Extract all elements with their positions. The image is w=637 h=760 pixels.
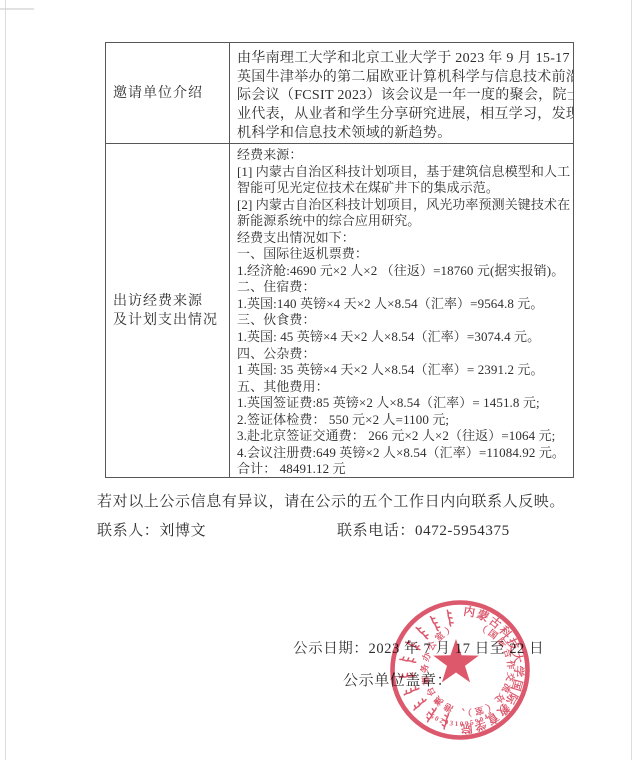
row-label-funding: 出访经费来源及计划支出情况 (106, 144, 230, 477)
scanned-notice-document: 邀请单位介绍 由华南理工大学和北京工业大学于 2023 年 9 月 15-17 … (0, 0, 637, 760)
seal-caption: 公示单位盖章： (343, 669, 452, 690)
table-row: 出访经费来源及计划支出情况 经费来源：[1] 内蒙古自治区科技计划项目，基于建筑… (106, 144, 573, 477)
text-line: 1 英国: 35 英镑×4 天×2 人×8.54（汇率）= 2391.2 元。 (237, 362, 571, 379)
contact-name: 刘博文 (159, 523, 206, 539)
text-line: 及计划支出情况 (113, 311, 229, 330)
scan-smudge (0, 8, 34, 10)
text-line: 英国牛津举办的第二届欧亚计算机科学与信息技术前沿国 (237, 69, 571, 88)
text-line: [2] 内蒙古自治区科技计划项目，风光功率预测关键技术在 (237, 197, 571, 214)
publish-date-line: 公示日期：2023 年 7 月 17 日至 22 日 (293, 637, 544, 658)
text-line: 二、住宿费： (237, 279, 571, 296)
row-content-inviting-unit: 由华南理工大学和北京工业大学于 2023 年 9 月 15-17 日在英国牛津举… (230, 43, 573, 143)
contact-phone: 联系电话：0472-5954375 (337, 519, 510, 540)
text-line: 经费支出情况如下： (237, 230, 571, 247)
phone-label: 联系电话： (337, 523, 415, 539)
text-line: 合计： 48491.12 元 (237, 461, 571, 477)
seal-serial-number: 15020310059048 (424, 709, 496, 728)
text-line: 3.赴北京签证交通费： 266 元×2 人×2（往返）=1064 元; (237, 428, 571, 445)
text-line: 机科学和信息技术领域的新趋势。 (237, 125, 571, 143)
seal-outer-text: 内蒙古科技大学国际教育学院 (459, 604, 526, 736)
text-line: 2.签证体检费： 550 元×2 人=1100 元; (237, 412, 571, 429)
text-line: 三、伙食费： (237, 312, 571, 329)
phone-number: 0472-5954375 (415, 523, 510, 539)
row-label-inviting-unit: 邀请单位介绍 (106, 43, 230, 143)
info-table: 邀请单位介绍 由华南理工大学和北京工业大学于 2023 年 9 月 15-17 … (105, 42, 574, 478)
text-line: 由华南理工大学和北京工业大学于 2023 年 9 月 15-17 日在 (237, 50, 571, 69)
text-line: 1.英国: 45 英镑×4 天×2 人×8.54（汇率）=3074.4 元。 (237, 329, 571, 346)
objection-notice: 若对以上公示信息有异议，请在公示的五个工作日内向联系人反映。 (97, 490, 565, 511)
row-content-funding: 经费来源：[1] 内蒙古自治区科技计划项目，基于建筑信息模型和人工智能可见光定位… (230, 144, 573, 477)
text-line: 智能可见光定位技术在煤矿井下的集成示范。 (237, 180, 571, 197)
scan-edge-left (5, 0, 6, 760)
text-line: 新能源系统中的综合应用研究。 (237, 213, 571, 230)
text-line: 四、公杂费： (237, 346, 571, 363)
table-row: 邀请单位介绍 由华南理工大学和北京工业大学于 2023 年 9 月 15-17 … (106, 43, 573, 144)
scan-edge-right (631, 0, 632, 760)
text-line: 出访经费来源 (113, 292, 229, 311)
text-line: 邀请单位介绍 (113, 84, 229, 103)
contact-label: 联系人： (97, 523, 159, 539)
text-line: 业代表，从业者和学生分享研究进展，相互学习，发现计算 (237, 106, 571, 125)
text-line: [1] 内蒙古自治区科技计划项目，基于建筑信息模型和人工 (237, 164, 571, 181)
text-line: 经费来源： (237, 147, 571, 164)
text-line: 一、国际往返机票费： (237, 246, 571, 263)
text-line: 五、其他费用： (237, 379, 571, 396)
text-line: 4.会议注册费:649 英镑×2 人×8.54（汇率）=11084.92 元。 (237, 445, 571, 462)
contact-person: 联系人：刘博文 (97, 519, 206, 540)
text-line: 际会议（FCSIT 2023）该会议是一年一度的聚会，院士，行 (237, 87, 571, 106)
text-line: 1.英国:140 英镑×4 天×2 人×8.54（汇率）=9564.8 元。 (237, 296, 571, 313)
text-line: 1.英国签证费:85 英镑×2 人×8.54（汇率）= 1451.8 元; (237, 395, 571, 412)
text-line: 1.经济舱:4690 元×2 人×2 （往返）=18760 元(据实报销)。 (237, 263, 571, 280)
